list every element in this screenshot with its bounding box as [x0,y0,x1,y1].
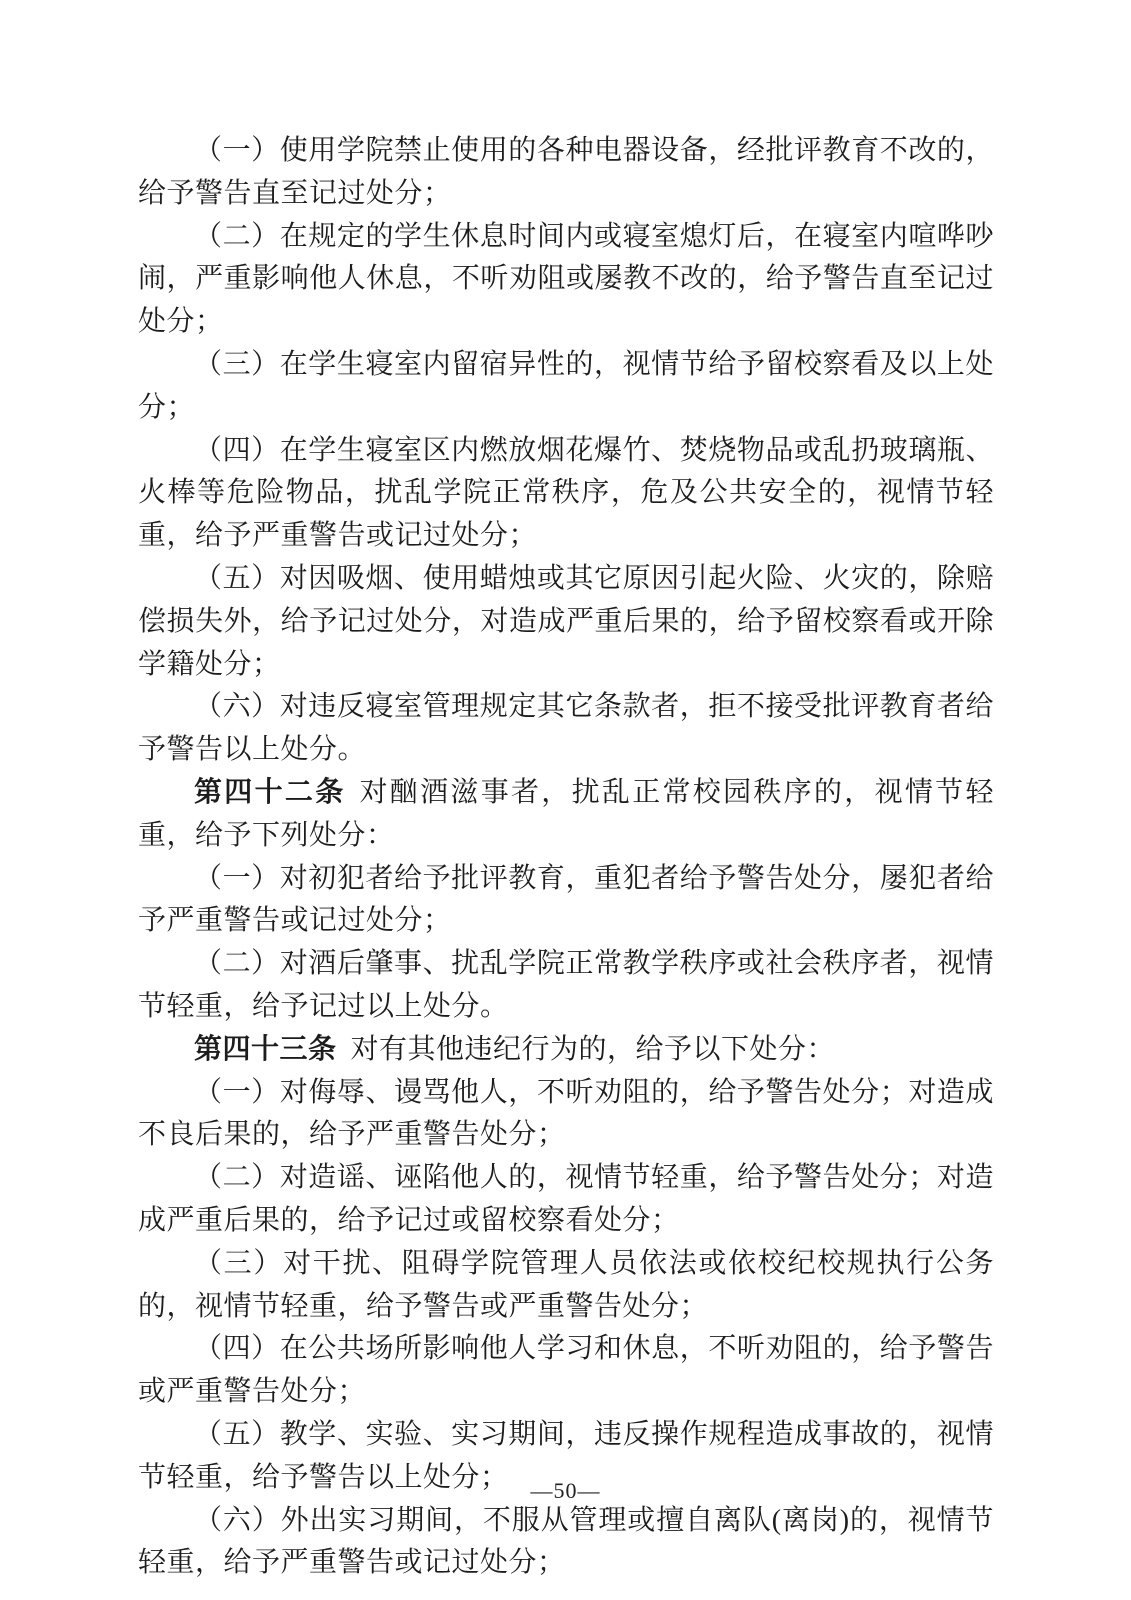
clause-paragraph: （六）对违反寝室管理规定其它条款者，拒不接受批评教育者给予警告以上处分。 [138,686,994,772]
clause-paragraph: （四）在公共场所影响他人学习和休息，不听劝阻的，给予警告或严重警告处分； [138,1328,994,1414]
clause-paragraph: （一）对初犯者给予批评教育，重犯者给予警告处分，屡犯者给予严重警告或记过处分； [138,858,994,944]
article-heading-paragraph: 第四十二条对酗酒滋事者，扰乱正常校园秩序的，视情节轻重，给予下列处分： [138,772,994,858]
clause-paragraph: （二）对造谣、诬陷他人的，视情节轻重，给予警告处分；对造成严重后果的，给予记过或… [138,1157,994,1243]
clause-paragraph: （五）对因吸烟、使用蜡烛或其它原因引起火险、火灾的，除赔偿损失外，给予记过处分，… [138,558,994,686]
clause-paragraph: （三）对干扰、阻碍学院管理人员依法或依校纪校规执行公务的，视情节轻重，给予警告或… [138,1243,994,1329]
clause-paragraph: （一）对侮辱、谩骂他人，不听劝阻的，给予警告处分；对造成不良后果的，给予严重警告… [138,1072,994,1158]
article-number: 第四十二条 [194,777,346,808]
document-page: （一）使用学院禁止使用的各种电器设备，经批评教育不改的，给予警告直至记过处分；（… [0,0,1131,1600]
clause-paragraph: （四）在学生寝室区内燃放烟花爆竹、焚烧物品或乱扔玻璃瓶、火棒等危险物品，扰乱学院… [138,430,994,558]
clause-paragraph: （一）使用学院禁止使用的各种电器设备，经批评教育不改的，给予警告直至记过处分； [138,130,994,216]
clause-paragraph: （二）在规定的学生休息时间内或寝室熄灯后，在寝室内喧哗吵闹，严重影响他人休息，不… [138,216,994,344]
article-heading-paragraph: 第四十三条对有其他违纪行为的，给予以下处分： [138,1029,994,1072]
clause-paragraph: （三）在学生寝室内留宿异性的，视情节给予留校察看及以上处分； [138,344,994,430]
clause-paragraph: （二）对酒后肇事、扰乱学院正常教学秩序或社会秩序者，视情节轻重，给予记过以上处分… [138,943,994,1029]
document-body-text: （一）使用学院禁止使用的各种电器设备，经批评教育不改的，给予警告直至记过处分；（… [138,130,994,1585]
article-number: 第四十三条 [194,1034,337,1065]
clause-paragraph: （六）外出实习期间，不服从管理或擅自离队(离岗)的，视情节轻重，给予严重警告或记… [138,1500,994,1586]
page-number: —50— [0,1478,1131,1504]
article-text: 对有其他违纪行为的，给予以下处分： [351,1034,836,1065]
